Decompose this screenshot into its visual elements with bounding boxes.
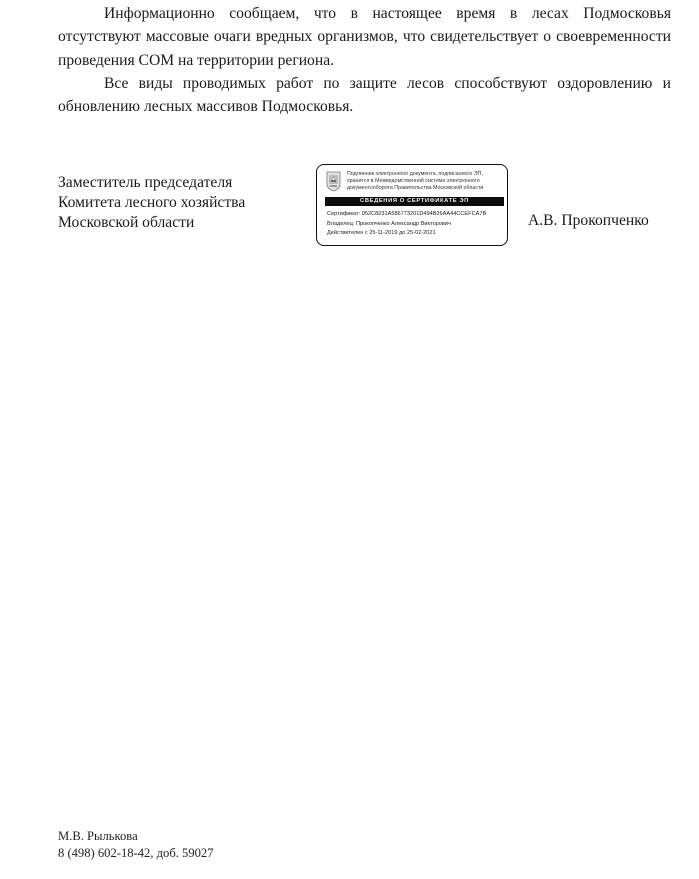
certificate-owner: Владелец: Прокопченко Александр Викторов…: [327, 220, 486, 230]
certificate-number: Сертификат: 052C8231A586773201D494B26AA4…: [327, 210, 486, 220]
paragraph-pest-status: Информационно сообщаем, что в настоящее …: [58, 2, 671, 72]
signatory-position-line: Заместитель председателя: [58, 173, 245, 193]
signatory-title: Заместитель председателя Комитета лесног…: [58, 173, 245, 233]
stamp-header: Подлинник электронного документа, подпис…: [347, 171, 483, 192]
signer-name: А.В. Прокопченко: [528, 211, 649, 231]
executor-phone: 8 (498) 602-18-42, доб. 59027: [58, 845, 214, 862]
electronic-signature-stamp: Подлинник электронного документа, подпис…: [316, 164, 508, 246]
signatory-committee-line: Комитета лесного хозяйства: [58, 193, 245, 213]
signatory-region-line: Московской области: [58, 213, 245, 233]
paragraph-forest-works: Все виды проводимых работ по защите лесо…: [58, 72, 671, 119]
coat-of-arms-icon: [325, 171, 342, 192]
stamp-certificate-title: СВЕДЕНИЯ О СЕРТИФИКАТЕ ЭП: [325, 197, 504, 206]
stamp-header-line: хранится в Межведомственной системе элек…: [347, 178, 483, 185]
executor-footer: М.В. Рылькова 8 (498) 602-18-42, доб. 59…: [58, 828, 214, 862]
letter-body: Информационно сообщаем, что в настоящее …: [58, 2, 671, 118]
document-page: Информационно сообщаем, что в настоящее …: [0, 0, 699, 879]
executor-name: М.В. Рылькова: [58, 828, 214, 845]
stamp-certificate-info: Сертификат: 052C8231A586773201D494B26AA4…: [327, 210, 486, 239]
stamp-header-line: документооборота Правительства Московско…: [347, 185, 483, 192]
stamp-header-line: Подлинник электронного документа, подпис…: [347, 171, 483, 178]
certificate-validity: Действителен с 25-11-2019 до 25-02-2021: [327, 229, 486, 239]
